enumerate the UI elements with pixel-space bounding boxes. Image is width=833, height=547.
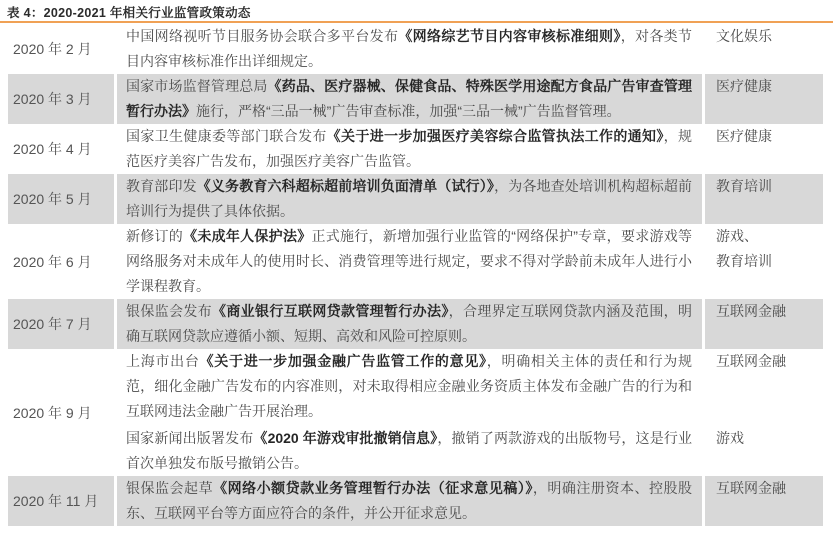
policy-entry: 银保监会发布《商业银行互联网贷款管理暂行办法》，合理界定互联网贷款内涵及范围，明… (117, 299, 823, 349)
table-row: 2020 年 4 月国家卫生健康委等部门联合发布《关于进一步加强医疗美容综合监管… (8, 124, 823, 174)
date-cell: 2020 年 9 月 (8, 349, 114, 476)
date-label: 2020 年 3 月 (13, 89, 92, 109)
policy-document-title: 《未成年人保护法》 (183, 228, 311, 244)
category-cell: 医疗健康 (705, 124, 823, 174)
date-label: 2020 年 5 月 (13, 189, 92, 209)
policy-document-title: 《网络小额贷款业务管理暂行办法（征求意见稿）》 (213, 480, 533, 496)
row-entries: 银保监会起草《网络小额贷款业务管理暂行办法（征求意见稿）》，明确注册资本、控股股… (117, 476, 823, 526)
date-cell: 2020 年 4 月 (8, 124, 114, 174)
policy-text-cell: 国家卫生健康委等部门联合发布《关于进一步加强医疗美容综合监管执法工作的通知》，规… (117, 124, 702, 174)
table-row: 2020 年 3 月国家市场监督管理总局《药品、医疗器械、保健食品、特殊医学用途… (8, 74, 823, 124)
policy-text-segment: 教育部印发 (126, 178, 197, 194)
policy-text-segment: 银保监会发布 (126, 303, 212, 319)
policy-text-segment: 银保监会起草 (126, 480, 213, 496)
row-entries: 中国网络视听节目服务协会联合多平台发布《网络综艺节目内容审核标准细则》，对各类节… (117, 24, 823, 74)
policy-document-title: 《关于进一步加强医疗美容综合监管执法工作的通知》 (327, 128, 664, 144)
table-row: 2020 年 9 月上海市出台《关于进一步加强金融广告监管工作的意见》，明确相关… (8, 349, 823, 476)
policy-entry: 国家卫生健康委等部门联合发布《关于进一步加强医疗美容综合监管执法工作的通知》，规… (117, 124, 823, 174)
category-cell: 文化娱乐 (705, 24, 823, 74)
policy-text-cell: 国家市场监督管理总局《药品、医疗器械、保健食品、特殊医学用途配方食品广告审查管理… (117, 74, 702, 124)
policy-text-cell: 教育部印发《义务教育六科超标超前培训负面清单（试行）》，为各地查处培训机构超标超… (117, 174, 702, 224)
date-cell: 2020 年 7 月 (8, 299, 114, 349)
row-entries: 国家市场监督管理总局《药品、医疗器械、保健食品、特殊医学用途配方食品广告审查管理… (117, 74, 823, 124)
policy-entry: 中国网络视听节目服务协会联合多平台发布《网络综艺节目内容审核标准细则》，对各类节… (117, 24, 823, 74)
date-cell: 2020 年 3 月 (8, 74, 114, 124)
date-label: 2020 年 6 月 (13, 252, 92, 272)
policy-text-segment: 施行，严格“三品一械”广告审查标准，加强“三品一械”广告监督管理。 (196, 103, 621, 119)
policy-entry: 上海市出台《关于进一步加强金融广告监管工作的意见》，明确相关主体的责任和行为规范… (117, 349, 823, 424)
date-cell: 2020 年 11 月 (8, 476, 114, 526)
policy-text-cell: 银保监会发布《商业银行互联网贷款管理暂行办法》，合理界定互联网贷款内涵及范围，明… (117, 299, 702, 349)
policy-table: 2020 年 2 月中国网络视听节目服务协会联合多平台发布《网络综艺节目内容审核… (8, 24, 823, 526)
row-entries: 新修订的《未成年人保护法》正式施行，新增加强行业监管的“网络保护”专章，要求游戏… (117, 224, 823, 299)
policy-document-title: 《关于进一步加强金融广告监管工作的意见》 (200, 353, 487, 369)
policy-text-cell: 国家新闻出版署发布《2020 年游戏审批撤销信息》，撤销了两款游戏的出版物号，这… (117, 426, 702, 476)
policy-text-segment: 新修订的 (126, 228, 183, 244)
category-cell: 医疗健康 (705, 74, 823, 124)
table-row: 2020 年 2 月中国网络视听节目服务协会联合多平台发布《网络综艺节目内容审核… (8, 24, 823, 74)
category-cell: 互联网金融 (705, 299, 823, 349)
policy-text-cell: 新修订的《未成年人保护法》正式施行，新增加强行业监管的“网络保护”专章，要求游戏… (117, 224, 702, 299)
category-cell: 互联网金融 (705, 349, 823, 424)
policy-entry: 教育部印发《义务教育六科超标超前培训负面清单（试行）》，为各地查处培训机构超标超… (117, 174, 823, 224)
policy-entry: 新修订的《未成年人保护法》正式施行，新增加强行业监管的“网络保护”专章，要求游戏… (117, 224, 823, 299)
row-entries: 上海市出台《关于进一步加强金融广告监管工作的意见》，明确相关主体的责任和行为规范… (117, 349, 823, 476)
policy-document-title: 《商业银行互联网贷款管理暂行办法》 (212, 303, 449, 319)
category-cell: 游戏 (705, 426, 823, 476)
date-label: 2020 年 9 月 (13, 403, 92, 423)
date-label: 2020 年 4 月 (13, 139, 92, 159)
category-cell: 教育培训 (705, 174, 823, 224)
policy-entry: 国家市场监督管理总局《药品、医疗器械、保健食品、特殊医学用途配方食品广告审查管理… (117, 74, 823, 124)
policy-text-segment: 国家新闻出版署发布 (126, 430, 253, 446)
policy-text-cell: 上海市出台《关于进一步加强金融广告监管工作的意见》，明确相关主体的责任和行为规范… (117, 349, 702, 424)
row-entries: 国家卫生健康委等部门联合发布《关于进一步加强医疗美容综合监管执法工作的通知》，规… (117, 124, 823, 174)
policy-text-segment: 中国网络视听节目服务协会联合多平台发布 (126, 28, 398, 44)
date-cell: 2020 年 6 月 (8, 224, 114, 299)
row-entries: 银保监会发布《商业银行互联网贷款管理暂行办法》，合理界定互联网贷款内涵及范围，明… (117, 299, 823, 349)
policy-text-cell: 银保监会起草《网络小额贷款业务管理暂行办法（征求意见稿）》，明确注册资本、控股股… (117, 476, 702, 526)
category-cell: 互联网金融 (705, 476, 823, 526)
table-row: 2020 年 7 月银保监会发布《商业银行互联网贷款管理暂行办法》，合理界定互联… (8, 299, 823, 349)
policy-text-cell: 中国网络视听节目服务协会联合多平台发布《网络综艺节目内容审核标准细则》，对各类节… (117, 24, 702, 74)
table-row: 2020 年 6 月新修订的《未成年人保护法》正式施行，新增加强行业监管的“网络… (8, 224, 823, 299)
date-cell: 2020 年 2 月 (8, 24, 114, 74)
policy-text-segment: 国家市场监督管理总局 (126, 78, 268, 94)
policy-document-title: 《义务教育六科超标超前培训负面清单（试行）》 (197, 178, 494, 194)
date-cell: 2020 年 5 月 (8, 174, 114, 224)
date-label: 2020 年 7 月 (13, 314, 92, 334)
accent-divider (0, 21, 833, 23)
date-label: 2020 年 11 月 (13, 491, 98, 511)
table-title: 表 4：2020-2021 年相关行业监管政策动态 (7, 3, 251, 21)
policy-text-segment: 国家卫生健康委等部门联合发布 (126, 128, 327, 144)
policy-entry: 国家新闻出版署发布《2020 年游戏审批撤销信息》，撤销了两款游戏的出版物号，这… (117, 426, 823, 476)
table-row: 2020 年 5 月教育部印发《义务教育六科超标超前培训负面清单（试行）》，为各… (8, 174, 823, 224)
policy-document-title: 《2020 年游戏审批撤销信息》 (253, 430, 437, 446)
policy-text-segment: 上海市出台 (126, 353, 200, 369)
date-label: 2020 年 2 月 (13, 39, 92, 59)
table-row: 2020 年 11 月银保监会起草《网络小额贷款业务管理暂行办法（征求意见稿）》… (8, 476, 823, 526)
policy-entry: 银保监会起草《网络小额贷款业务管理暂行办法（征求意见稿）》，明确注册资本、控股股… (117, 476, 823, 526)
row-entries: 教育部印发《义务教育六科超标超前培训负面清单（试行）》，为各地查处培训机构超标超… (117, 174, 823, 224)
category-cell: 游戏、 教育培训 (705, 224, 823, 299)
policy-document-title: 《网络综艺节目内容审核标准细则》 (398, 28, 620, 44)
